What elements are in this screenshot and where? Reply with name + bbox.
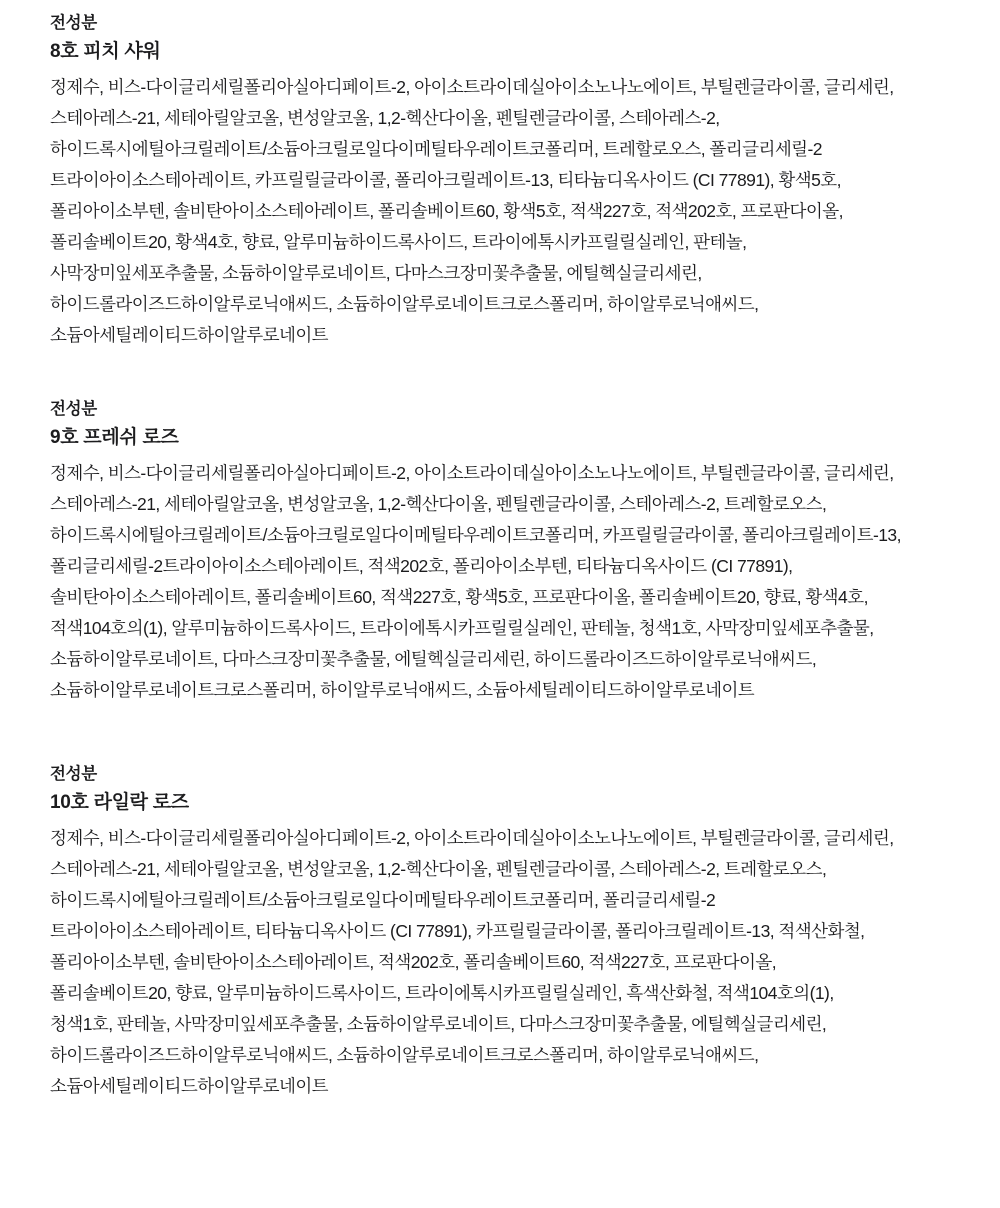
ingredients-line: 청색1호, 판테놀, 사막장미잎세포추출물, 소듐하이알루로네이트, 다마스크장… [50, 1009, 996, 1040]
ingredients-page: { "text_color": "#1c1c1e", "background_c… [0, 0, 1000, 1208]
ingredients-line: 스테아레스-21, 세테아릴알코올, 변성알코올, 1,2-헥산다이올, 펜틸렌… [50, 103, 996, 134]
ingredients-line: 소듐아세틸레이티드하이알루로네이트 [50, 1071, 996, 1102]
ingredients-line: 트라이아이소스테아레이트, 티타늄디옥사이드 (CI 77891), 카프릴릴글… [50, 916, 996, 947]
ingredients-section-10: 전성분 10호 라일락 로즈 정제수, 비스-다이글리세릴폴리아실아디페이트-2… [50, 760, 996, 1102]
ingredients-line: 소듐하이알루로네이트, 다마스크장미꽃추출물, 에틸헥실글리세린, 하이드롤라이… [50, 644, 996, 675]
ingredients-line: 정제수, 비스-다이글리세릴폴리아실아디페이트-2, 아이소트라이데실아이소노나… [50, 823, 996, 854]
ingredients-line: 하이드롤라이즈드하이알루로닉애씨드, 소듐하이알루로네이트크로스폴리머, 하이알… [50, 1040, 996, 1071]
ingredients-line: 소듐아세틸레이티드하이알루로네이트 [50, 320, 996, 351]
ingredients-line: 스테아레스-21, 세테아릴알코올, 변성알코올, 1,2-헥산다이올, 펜틸렌… [50, 489, 996, 520]
section-label: 전성분 [50, 395, 996, 423]
ingredients-line: 스테아레스-21, 세테아릴알코올, 변성알코올, 1,2-헥산다이올, 펜틸렌… [50, 854, 996, 885]
ingredients-line: 폴리솔베이트20, 향료, 알루미늄하이드록사이드, 트라이에톡시카프릴릴실레인… [50, 978, 996, 1009]
product-name: 9호 프레쉬 로즈 [50, 423, 996, 453]
product-name: 10호 라일락 로즈 [50, 788, 996, 818]
ingredients-section-8: 전성분 8호 피치 샤워 정제수, 비스-다이글리세릴폴리아실아디페이트-2, … [50, 9, 996, 351]
ingredients-line: 적색104호의(1), 알루미늄하이드록사이드, 트라이에톡시카프릴릴실레인, … [50, 613, 996, 644]
product-name: 8호 피치 샤워 [50, 37, 996, 67]
ingredients-line: 정제수, 비스-다이글리세릴폴리아실아디페이트-2, 아이소트라이데실아이소노나… [50, 458, 996, 489]
ingredients-line: 하이드록시에틸아크릴레이트/소듐아크릴로일다이메틸타우레이트코폴리머, 카프릴릴… [50, 520, 996, 551]
ingredients-line: 정제수, 비스-다이글리세릴폴리아실아디페이트-2, 아이소트라이데실아이소노나… [50, 72, 996, 103]
ingredients-line: 하이드록시에틸아크릴레이트/소듐아크릴로일다이메틸타우레이트코폴리머, 폴리글리… [50, 885, 996, 916]
ingredients-line: 트라이아이소스테아레이트, 카프릴릴글라이콜, 폴리아크릴레이트-13, 티타늄… [50, 165, 996, 196]
section-label: 전성분 [50, 760, 996, 788]
ingredients-line: 폴리글리세릴-2트라이아이소스테아레이트, 적색202호, 폴리아이소부텐, 티… [50, 551, 996, 582]
ingredients-line: 솔비탄아이소스테아레이트, 폴리솔베이트60, 적색227호, 황색5호, 프로… [50, 582, 996, 613]
ingredients-line: 폴리솔베이트20, 황색4호, 향료, 알루미늄하이드록사이드, 트라이에톡시카… [50, 227, 996, 258]
ingredients-line: 폴리아이소부텐, 솔비탄아이소스테아레이트, 폴리솔베이트60, 황색5호, 적… [50, 196, 996, 227]
section-label: 전성분 [50, 9, 996, 37]
ingredients-line: 폴리아이소부텐, 솔비탄아이소스테아레이트, 적색202호, 폴리솔베이트60,… [50, 947, 996, 978]
ingredients-line: 소듐하이알루로네이트크로스폴리머, 하이알루로닉애씨드, 소듐아세틸레이티드하이… [50, 675, 996, 706]
ingredients-section-9: 전성분 9호 프레쉬 로즈 정제수, 비스-다이글리세릴폴리아실아디페이트-2,… [50, 395, 996, 706]
ingredients-line: 사막장미잎세포추출물, 소듐하이알루로네이트, 다마스크장미꽃추출물, 에틸헥실… [50, 258, 996, 289]
ingredients-line: 하이드롤라이즈드하이알루로닉애씨드, 소듐하이알루로네이트크로스폴리머, 하이알… [50, 289, 996, 320]
ingredients-line: 하이드록시에틸아크릴레이트/소듐아크릴로일다이메틸타우레이트코폴리머, 트레할로… [50, 134, 996, 165]
